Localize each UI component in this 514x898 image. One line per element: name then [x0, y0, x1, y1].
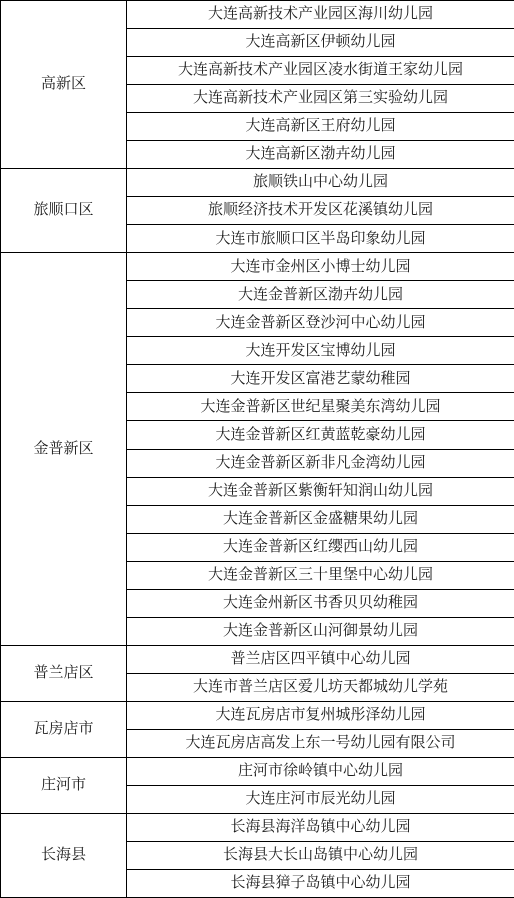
kindergarten-cell: 旅顺经济技术开发区花溪镇幼儿园	[127, 197, 514, 225]
kindergarten-cell: 大连高新技术产业园区凌水街道王家幼儿园	[127, 57, 514, 85]
kindergarten-cell: 大连市金州区小博士幼儿园	[127, 253, 514, 281]
kindergarten-cell: 大连金普新区红黄蓝乾豪幼儿园	[127, 421, 514, 449]
kindergarten-cell: 大连开发区富港艺蒙幼稚园	[127, 365, 514, 393]
kindergarten-cell: 大连金州新区书香贝贝幼稚园	[127, 589, 514, 617]
table-body: 高新区大连高新技术产业园区海川幼儿园大连高新区伊顿幼儿园大连高新技术产业园区凌水…	[1, 1, 514, 898]
table-row: 高新区大连高新技术产业园区海川幼儿园	[1, 1, 514, 29]
kindergarten-cell: 长海县獐子岛镇中心幼儿园	[127, 869, 514, 897]
kindergarten-cell: 大连高新区伊顿幼儿园	[127, 29, 514, 57]
kindergarten-cell: 长海县海洋岛镇中心幼儿园	[127, 813, 514, 841]
table-row: 长海县长海县海洋岛镇中心幼儿园	[1, 813, 514, 841]
kindergarten-cell: 大连金普新区登沙河中心幼儿园	[127, 309, 514, 337]
kindergarten-cell: 大连金普新区红缨西山幼儿园	[127, 533, 514, 561]
kindergarten-cell: 大连金普新区紫衡轩知润山幼儿园	[127, 477, 514, 505]
kindergarten-cell: 大连金普新区世纪星聚美东湾幼儿园	[127, 393, 514, 421]
district-cell: 金普新区	[1, 253, 127, 645]
kindergarten-cell: 旅顺铁山中心幼儿园	[127, 169, 514, 197]
kindergarten-cell: 普兰店区四平镇中心幼儿园	[127, 645, 514, 673]
kindergarten-cell: 大连高新区渤卉幼儿园	[127, 141, 514, 169]
kindergarten-cell: 大连瓦房店高发上东一号幼儿园有限公司	[127, 729, 514, 757]
district-cell: 瓦房店市	[1, 701, 127, 757]
kindergarten-cell: 大连高新技术产业园区海川幼儿园	[127, 1, 514, 29]
kindergarten-cell: 大连市旅顺口区半岛印象幼儿园	[127, 225, 514, 253]
kindergarten-cell: 大连高新技术产业园区第三实验幼儿园	[127, 85, 514, 113]
kindergarten-cell: 大连金普新区渤卉幼儿园	[127, 281, 514, 309]
district-cell: 长海县	[1, 813, 127, 897]
kindergarten-cell: 长海县大长山岛镇中心幼儿园	[127, 841, 514, 869]
table-row: 庄河市庄河市徐岭镇中心幼儿园	[1, 757, 514, 785]
kindergarten-cell: 大连金普新区金盛糖果幼儿园	[127, 505, 514, 533]
kindergarten-table: 高新区大连高新技术产业园区海川幼儿园大连高新区伊顿幼儿园大连高新技术产业园区凌水…	[0, 0, 514, 898]
kindergarten-cell: 大连市普兰店区爱儿坊天都城幼儿学苑	[127, 673, 514, 701]
district-cell: 普兰店区	[1, 645, 127, 701]
kindergarten-cell: 大连庄河市辰光幼儿园	[127, 785, 514, 813]
table-row: 瓦房店市大连瓦房店市复州城彤泽幼儿园	[1, 701, 514, 729]
district-cell: 庄河市	[1, 757, 127, 813]
kindergarten-cell: 大连开发区宝博幼儿园	[127, 337, 514, 365]
kindergarten-cell: 庄河市徐岭镇中心幼儿园	[127, 757, 514, 785]
page: 高新区大连高新技术产业园区海川幼儿园大连高新区伊顿幼儿园大连高新技术产业园区凌水…	[0, 0, 514, 898]
kindergarten-cell: 大连金普新区三十里堡中心幼儿园	[127, 561, 514, 589]
kindergarten-cell: 大连瓦房店市复州城彤泽幼儿园	[127, 701, 514, 729]
table-row: 旅顺口区旅顺铁山中心幼儿园	[1, 169, 514, 197]
table-row: 普兰店区普兰店区四平镇中心幼儿园	[1, 645, 514, 673]
district-cell: 高新区	[1, 1, 127, 169]
kindergarten-cell: 大连金普新区山河御景幼儿园	[127, 617, 514, 645]
table-row: 金普新区大连市金州区小博士幼儿园	[1, 253, 514, 281]
district-cell: 旅顺口区	[1, 169, 127, 253]
kindergarten-cell: 大连金普新区新非凡金湾幼儿园	[127, 449, 514, 477]
kindergarten-cell: 大连高新区王府幼儿园	[127, 113, 514, 141]
